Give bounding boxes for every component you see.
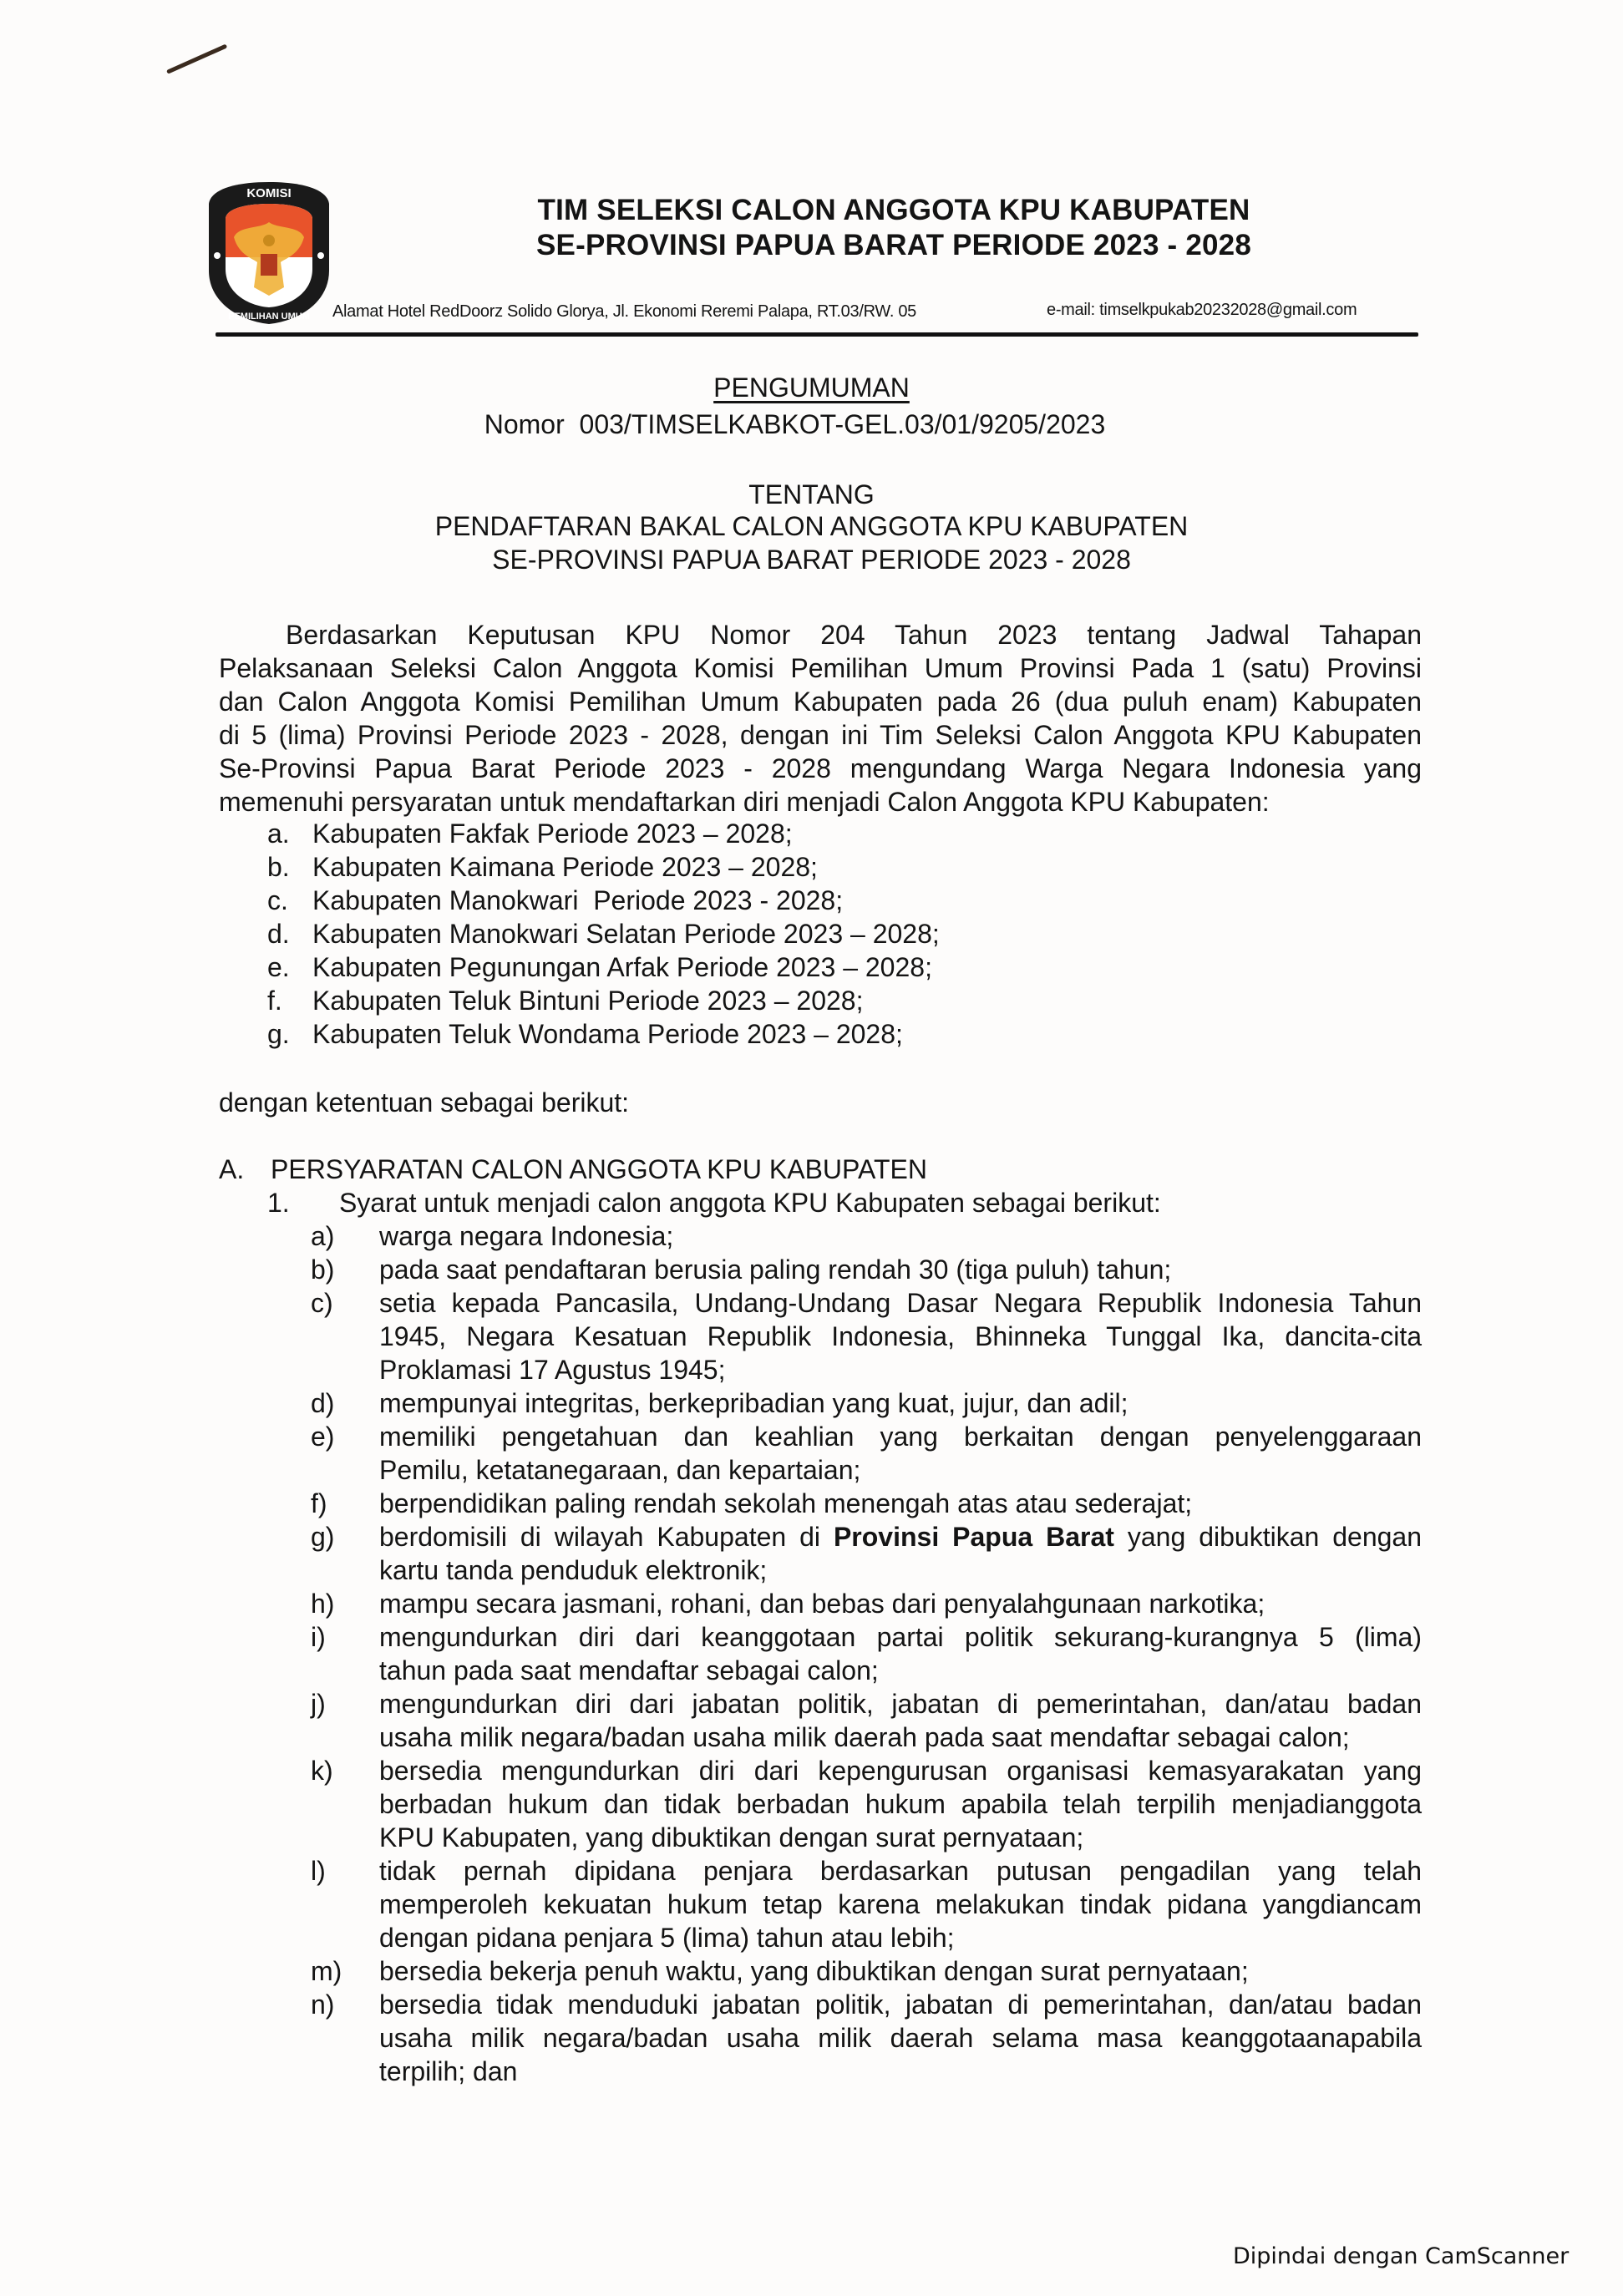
pen-mark — [166, 43, 227, 73]
requirement-item: b) pada saat pendaftaran berusia paling … — [311, 1253, 1422, 1286]
text-segment: berdomisili di wilayah Kabupaten di — [379, 1522, 834, 1552]
paragraph-line: dan Calon Anggota Komisi Pemilihan Umum … — [219, 685, 1422, 718]
requirement-marker: l) — [311, 1854, 379, 1954]
paragraph-line: memenuhi persyaratan untuk mendaftarkan … — [219, 785, 1422, 819]
requirement-item: a) warga negara Indonesia; — [311, 1219, 1422, 1253]
subject-line2: SE-PROVINSI PAPUA BARAT PERIODE 2023 - 2… — [0, 545, 1623, 575]
requirement-line: 1945, Negara Kesatuan Republik Indonesia… — [379, 1320, 1422, 1353]
text-segment: yang dibuktikan dengan — [1114, 1522, 1422, 1552]
paragraph-line: Se-Provinsi Papua Barat Periode 2023 - 2… — [219, 752, 1422, 785]
closing-intro: dengan ketentuan sebagai berikut: — [219, 1086, 629, 1119]
requirement-item: d) mempunyai integritas, berkepribadian … — [311, 1386, 1422, 1420]
requirement-item: m) bersedia bekerja penuh waktu, yang di… — [311, 1954, 1422, 1988]
requirement-line: pada saat pendaftaran berusia paling ren… — [379, 1253, 1422, 1286]
svg-text:PEMILIHAN UMUM: PEMILIHAN UMUM — [228, 312, 310, 322]
requirement-marker: f) — [311, 1487, 379, 1520]
list-marker: a. — [267, 817, 312, 850]
about-label: TENTANG — [0, 479, 1623, 510]
org-email: e-mail: timselkpukab20232028@gmail.com — [1047, 301, 1357, 320]
requirement-line: mengundurkan diri dari jabatan politik, … — [379, 1687, 1422, 1721]
requirement-line: berbadan hukum dan tidak berbadan hukum … — [379, 1787, 1422, 1821]
list-marker: b. — [267, 850, 312, 884]
requirement-line: memperoleh kekuatan hukum tetap karena m… — [379, 1888, 1422, 1921]
item-text: Syarat untuk menjadi calon anggota KPU K… — [339, 1186, 1161, 1219]
requirement-line: mampu secara jasmani, rohani, dan bebas … — [379, 1587, 1422, 1620]
requirement-line: tidak pernah dipidana penjara berdasarka… — [379, 1854, 1422, 1888]
requirement-marker: b) — [311, 1253, 379, 1286]
paragraph-line: Pelaksanaan Seleksi Calon Anggota Komisi… — [219, 651, 1422, 685]
list-item-text: Kabupaten Teluk Bintuni Periode 2023 – 2… — [312, 984, 863, 1017]
requirement-line: berpendidikan paling rendah sekolah mene… — [379, 1487, 1422, 1520]
requirement-line: usaha milik negara/badan usaha milik dae… — [379, 1721, 1422, 1754]
requirement-marker: k) — [311, 1754, 379, 1854]
requirement-item: i) mengundurkan diri dari keanggotaan pa… — [311, 1620, 1422, 1687]
section-a-item-1: 1. Syarat untuk menjadi calon anggota KP… — [267, 1186, 1161, 1219]
requirement-line: memiliki pengetahuan dan keahlian yang b… — [379, 1420, 1422, 1453]
list-marker: e. — [267, 950, 312, 984]
requirement-marker: m) — [311, 1954, 379, 1988]
requirement-marker: g) — [311, 1520, 379, 1587]
list-marker: d. — [267, 917, 312, 950]
list-item: c.Kabupaten Manokwari Periode 2023 - 202… — [267, 884, 940, 917]
requirement-line: Pemilu, ketatanegaraan, dan kepartaian; — [379, 1453, 1422, 1487]
document-title: PENGUMUMAN — [0, 373, 1623, 403]
subject-line1: PENDAFTARAN BAKAL CALON ANGGOTA KPU KABU… — [0, 511, 1623, 542]
requirement-line: Proklamasi 17 Agustus 1945; — [379, 1353, 1422, 1386]
requirement-line: mempunyai integritas, berkepribadian yan… — [379, 1386, 1422, 1420]
section-marker: A. — [219, 1153, 271, 1186]
org-address: Alamat Hotel RedDoorz Solido Glorya, Jl.… — [332, 302, 916, 322]
requirement-line: usaha milik negara/badan usaha milik dae… — [379, 2021, 1422, 2055]
intro-paragraph: Berdasarkan Keputusan KPU Nomor 204 Tahu… — [219, 618, 1422, 819]
list-item-text: Kabupaten Manokwari Selatan Periode 2023… — [312, 917, 940, 950]
requirement-line: berdomisili di wilayah Kabupaten di Prov… — [379, 1520, 1422, 1553]
list-marker: g. — [267, 1017, 312, 1051]
list-item-text: Kabupaten Manokwari Periode 2023 - 2028; — [312, 884, 843, 917]
requirement-marker: d) — [311, 1386, 379, 1420]
requirements-list: a) warga negara Indonesia; b) pada saat … — [311, 1219, 1422, 2088]
requirement-line: tahun pada saat mendaftar sebagai calon; — [379, 1654, 1422, 1687]
requirement-line: bersedia mengundurkan diri dari kepengur… — [379, 1754, 1422, 1787]
requirement-marker: j) — [311, 1687, 379, 1754]
list-item: b.Kabupaten Kaimana Periode 2023 – 2028; — [267, 850, 940, 884]
org-name-line1: TIM SELEKSI CALON ANGGOTA KPU KABUPATEN — [468, 194, 1320, 227]
camscanner-watermark: Dipindai dengan CamScanner — [1233, 2243, 1569, 2269]
requirement-line: bersedia tidak menduduki jabatan politik… — [379, 1988, 1422, 2021]
list-marker: f. — [267, 984, 312, 1017]
requirement-line: terpilih; dan — [379, 2055, 1422, 2088]
kabupaten-list: a.Kabupaten Fakfak Periode 2023 – 2028; … — [267, 817, 940, 1051]
requirement-item: e) memiliki pengetahuan dan keahlian yan… — [311, 1420, 1422, 1487]
requirement-item: h) mampu secara jasmani, rohani, dan beb… — [311, 1587, 1422, 1620]
item-marker: 1. — [267, 1186, 339, 1219]
requirement-item: k) bersedia mengundurkan diri dari kepen… — [311, 1754, 1422, 1854]
paragraph-line: di 5 (lima) Provinsi Periode 2023 - 2028… — [219, 718, 1422, 752]
list-item-text: Kabupaten Fakfak Periode 2023 – 2028; — [312, 817, 793, 850]
document-number: Nomor 003/TIMSELKABKOT-GEL.03/01/9205/20… — [0, 409, 1606, 440]
section-title: PERSYARATAN CALON ANGGOTA KPU KABUPATEN — [271, 1153, 927, 1186]
requirement-item: c) setia kepada Pancasila, Undang-Undang… — [311, 1286, 1422, 1386]
requirement-marker: n) — [311, 1988, 379, 2088]
requirement-item: g) berdomisili di wilayah Kabupaten di P… — [311, 1520, 1422, 1587]
list-item: e.Kabupaten Pegunungan Arfak Periode 202… — [267, 950, 940, 984]
list-item-text: Kabupaten Teluk Wondama Periode 2023 – 2… — [312, 1017, 903, 1051]
requirement-item: j) mengundurkan diri dari jabatan politi… — [311, 1687, 1422, 1754]
svg-text:KOMISI: KOMISI — [246, 186, 291, 200]
requirement-marker: c) — [311, 1286, 379, 1386]
requirement-item: f) berpendidikan paling rendah sekolah m… — [311, 1487, 1422, 1520]
paragraph-line: Berdasarkan Keputusan KPU Nomor 204 Tahu… — [219, 618, 1422, 651]
list-item: f.Kabupaten Teluk Bintuni Periode 2023 –… — [267, 984, 940, 1017]
requirement-marker: a) — [311, 1219, 379, 1253]
requirement-line: KPU Kabupaten, yang dibuktikan dengan su… — [379, 1821, 1422, 1854]
requirement-item: n) bersedia tidak menduduki jabatan poli… — [311, 1988, 1422, 2088]
requirement-line: kartu tanda penduduk elektronik; — [379, 1553, 1422, 1587]
org-name-line2: SE-PROVINSI PAPUA BARAT PERIODE 2023 - 2… — [468, 229, 1320, 262]
requirement-line: dengan pidana penjara 5 (lima) tahun ata… — [379, 1921, 1422, 1954]
requirement-marker: e) — [311, 1420, 379, 1487]
list-item-text: Kabupaten Pegunungan Arfak Periode 2023 … — [312, 950, 932, 984]
requirement-marker: i) — [311, 1620, 379, 1687]
kpu-logo-icon: KOMISI PEMILIHAN UMUM — [205, 179, 332, 326]
emphasis-province: Provinsi Papua Barat — [834, 1522, 1114, 1552]
list-item: g.Kabupaten Teluk Wondama Periode 2023 –… — [267, 1017, 940, 1051]
list-marker: c. — [267, 884, 312, 917]
list-item-text: Kabupaten Kaimana Periode 2023 – 2028; — [312, 850, 818, 884]
requirement-line: mengundurkan diri dari keanggotaan parta… — [379, 1620, 1422, 1654]
requirement-item: l) tidak pernah dipidana penjara berdasa… — [311, 1854, 1422, 1954]
letterhead-divider — [216, 332, 1418, 337]
section-a-heading: A. PERSYARATAN CALON ANGGOTA KPU KABUPAT… — [219, 1153, 927, 1186]
list-item: d.Kabupaten Manokwari Selatan Periode 20… — [267, 917, 940, 950]
requirement-line: bersedia bekerja penuh waktu, yang dibuk… — [379, 1954, 1422, 1988]
requirement-line: setia kepada Pancasila, Undang-Undang Da… — [379, 1286, 1422, 1320]
requirement-marker: h) — [311, 1587, 379, 1620]
list-item: a.Kabupaten Fakfak Periode 2023 – 2028; — [267, 817, 940, 850]
requirement-line: warga negara Indonesia; — [379, 1219, 1422, 1253]
